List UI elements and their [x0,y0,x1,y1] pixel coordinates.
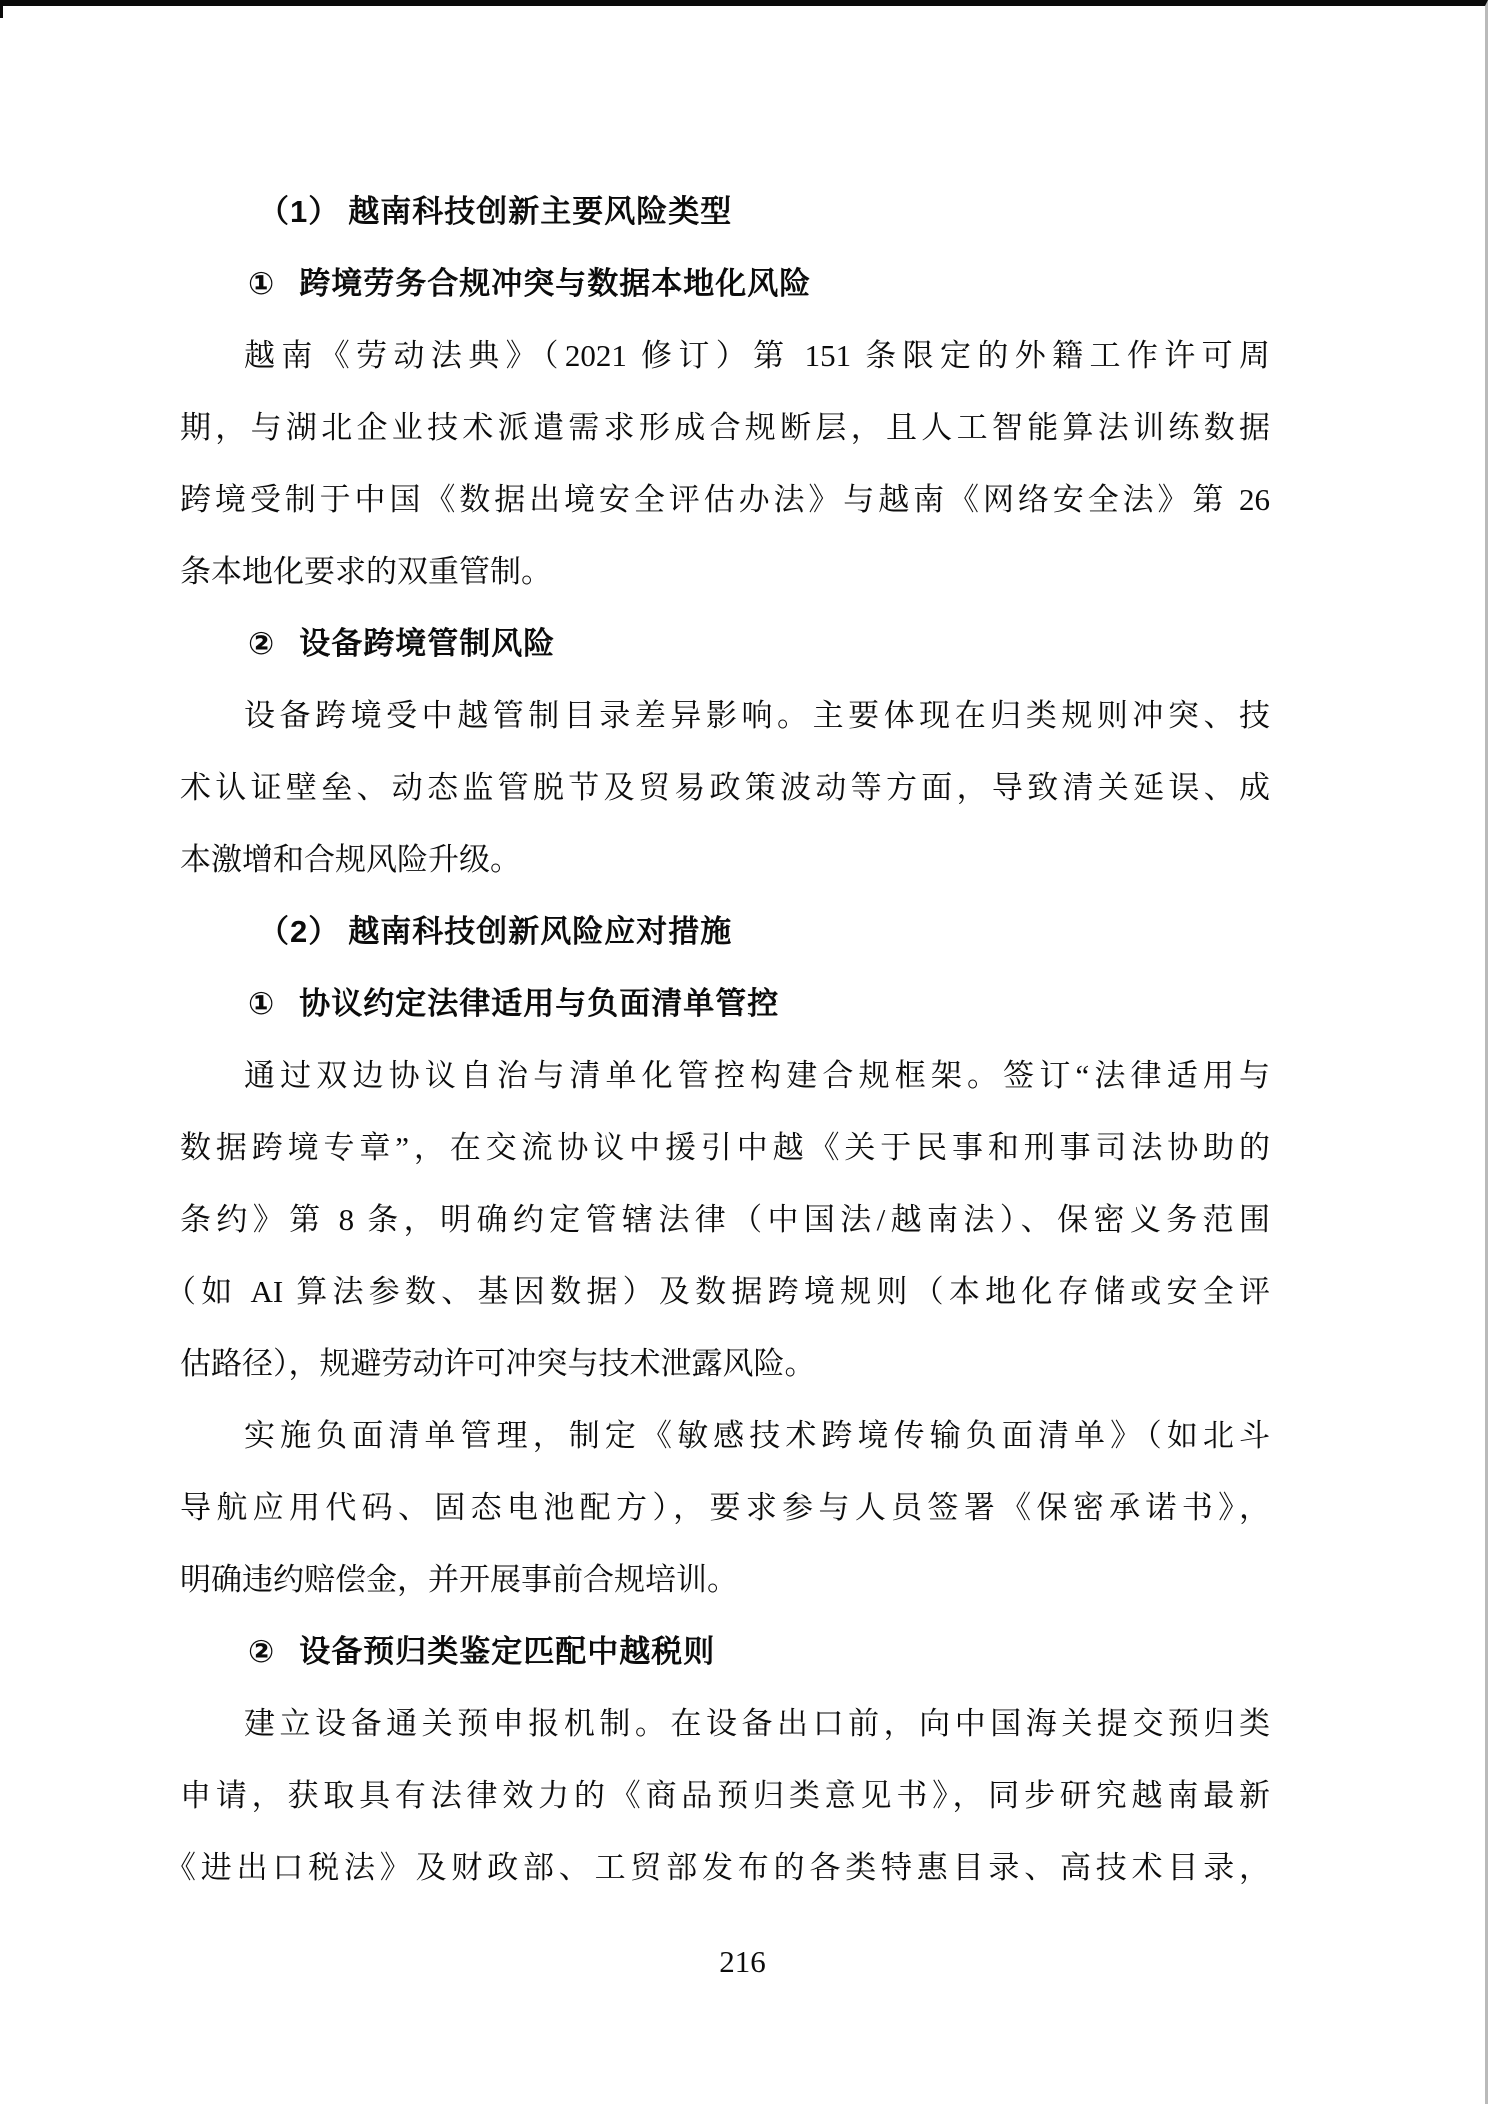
heading-marker: ② [248,626,275,661]
paragraph-line: 数据跨境专章”，在交流协议中援引中越《关于民事和刑事司法协助的 [180,1112,1270,1184]
paragraph-line: 术认证壁垒、动态监管脱节及贸易政策波动等方面，导致清关延误、成 [180,752,1270,824]
body-paragraph: 建立设备通关预申报机制。在设备出口前，向中国海关提交预归类申请，获取具有法律效力… [180,1688,1270,1904]
paragraph-line: 申请，获取具有法律效力的《商品预归类意见书》，同步研究越南最新 [180,1760,1270,1832]
heading-text: 越南科技创新主要风险类型 [348,194,732,229]
body-paragraph: 越南《劳动法典》（2021 修订）第 151 条限定的外籍工作许可周期，与湖北企… [180,320,1270,608]
paragraph-line: 《进出口税法》及财政部、工贸部发布的各类特惠目录、高技术目录， [165,1832,1270,1904]
paragraph-line: 实施负面清单管理，制定《敏感技术跨境传输负面清单》（如北斗 [180,1400,1270,1472]
paragraph-line: 导航应用代码、固态电池配方），要求参与人员签署《保密承诺书》， [180,1472,1270,1544]
heading-text: 跨境劳务合规冲突与数据本地化风险 [299,266,811,301]
paragraph-line: 条本地化要求的双重管制。 [180,536,1270,608]
heading-text: 设备跨境管制风险 [299,626,555,661]
paragraph-line: 估路径），规避劳动许可冲突与技术泄露风险。 [180,1328,1270,1400]
section-heading: （1）越南科技创新主要风险类型 [180,176,1270,248]
heading-marker: （1） [258,194,340,229]
body-paragraph: 实施负面清单管理，制定《敏感技术跨境传输负面清单》（如北斗导航应用代码、固态电池… [180,1400,1270,1616]
paragraph-line: 设备跨境受中越管制目录差异影响。主要体现在归类规则冲突、技 [180,680,1270,752]
paragraph-line: （如 AI 算法参数、基因数据）及数据跨境规则（本地化存储或安全评 [165,1256,1270,1328]
document-page: （1）越南科技创新主要风险类型①跨境劳务合规冲突与数据本地化风险越南《劳动法典》… [0,0,1488,2104]
heading-marker: ① [248,986,275,1021]
heading-text: 设备预归类鉴定匹配中越税则 [299,1634,715,1669]
section-heading: ②设备跨境管制风险 [180,608,1270,680]
heading-marker: ② [248,1634,275,1669]
body-paragraph: 通过双边协议自治与清单化管控构建合规框架。签订“法律适用与数据跨境专章”，在交流… [180,1040,1270,1400]
section-heading: ①跨境劳务合规冲突与数据本地化风险 [180,248,1270,320]
paragraph-line: 越南《劳动法典》（2021 修订）第 151 条限定的外籍工作许可周 [180,320,1270,392]
heading-marker: （2） [258,914,340,949]
body-paragraph: 设备跨境受中越管制目录差异影响。主要体现在归类规则冲突、技术认证壁垒、动态监管脱… [180,680,1270,896]
paragraph-line: 条约》第 8 条，明确约定管辖法律（中国法/越南法）、保密义务范围 [180,1184,1270,1256]
section-heading: ②设备预归类鉴定匹配中越税则 [180,1616,1270,1688]
section-heading: （2）越南科技创新风险应对措施 [180,896,1270,968]
paragraph-line: 明确违约赔偿金，并开展事前合规培训。 [180,1544,1270,1616]
paragraph-line: 本激增和合规风险升级。 [180,824,1270,896]
paragraph-line: 通过双边协议自治与清单化管控构建合规框架。签订“法律适用与 [180,1040,1270,1112]
paragraph-line: 建立设备通关预申报机制。在设备出口前，向中国海关提交预归类 [180,1688,1270,1760]
paragraph-line: 期，与湖北企业技术派遣需求形成合规断层，且人工智能算法训练数据 [180,392,1270,464]
heading-text: 协议约定法律适用与负面清单管控 [299,986,779,1021]
page-content: （1）越南科技创新主要风险类型①跨境劳务合规冲突与数据本地化风险越南《劳动法典》… [180,176,1270,1904]
section-heading: ①协议约定法律适用与负面清单管控 [180,968,1270,1040]
heading-marker: ① [248,266,275,301]
page-corner-notch [0,6,3,18]
heading-text: 越南科技创新风险应对措施 [348,914,732,949]
paragraph-line: 跨境受制于中国《数据出境安全评估办法》与越南《网络安全法》第 26 [180,464,1270,536]
page-number: 216 [0,1926,1485,1998]
